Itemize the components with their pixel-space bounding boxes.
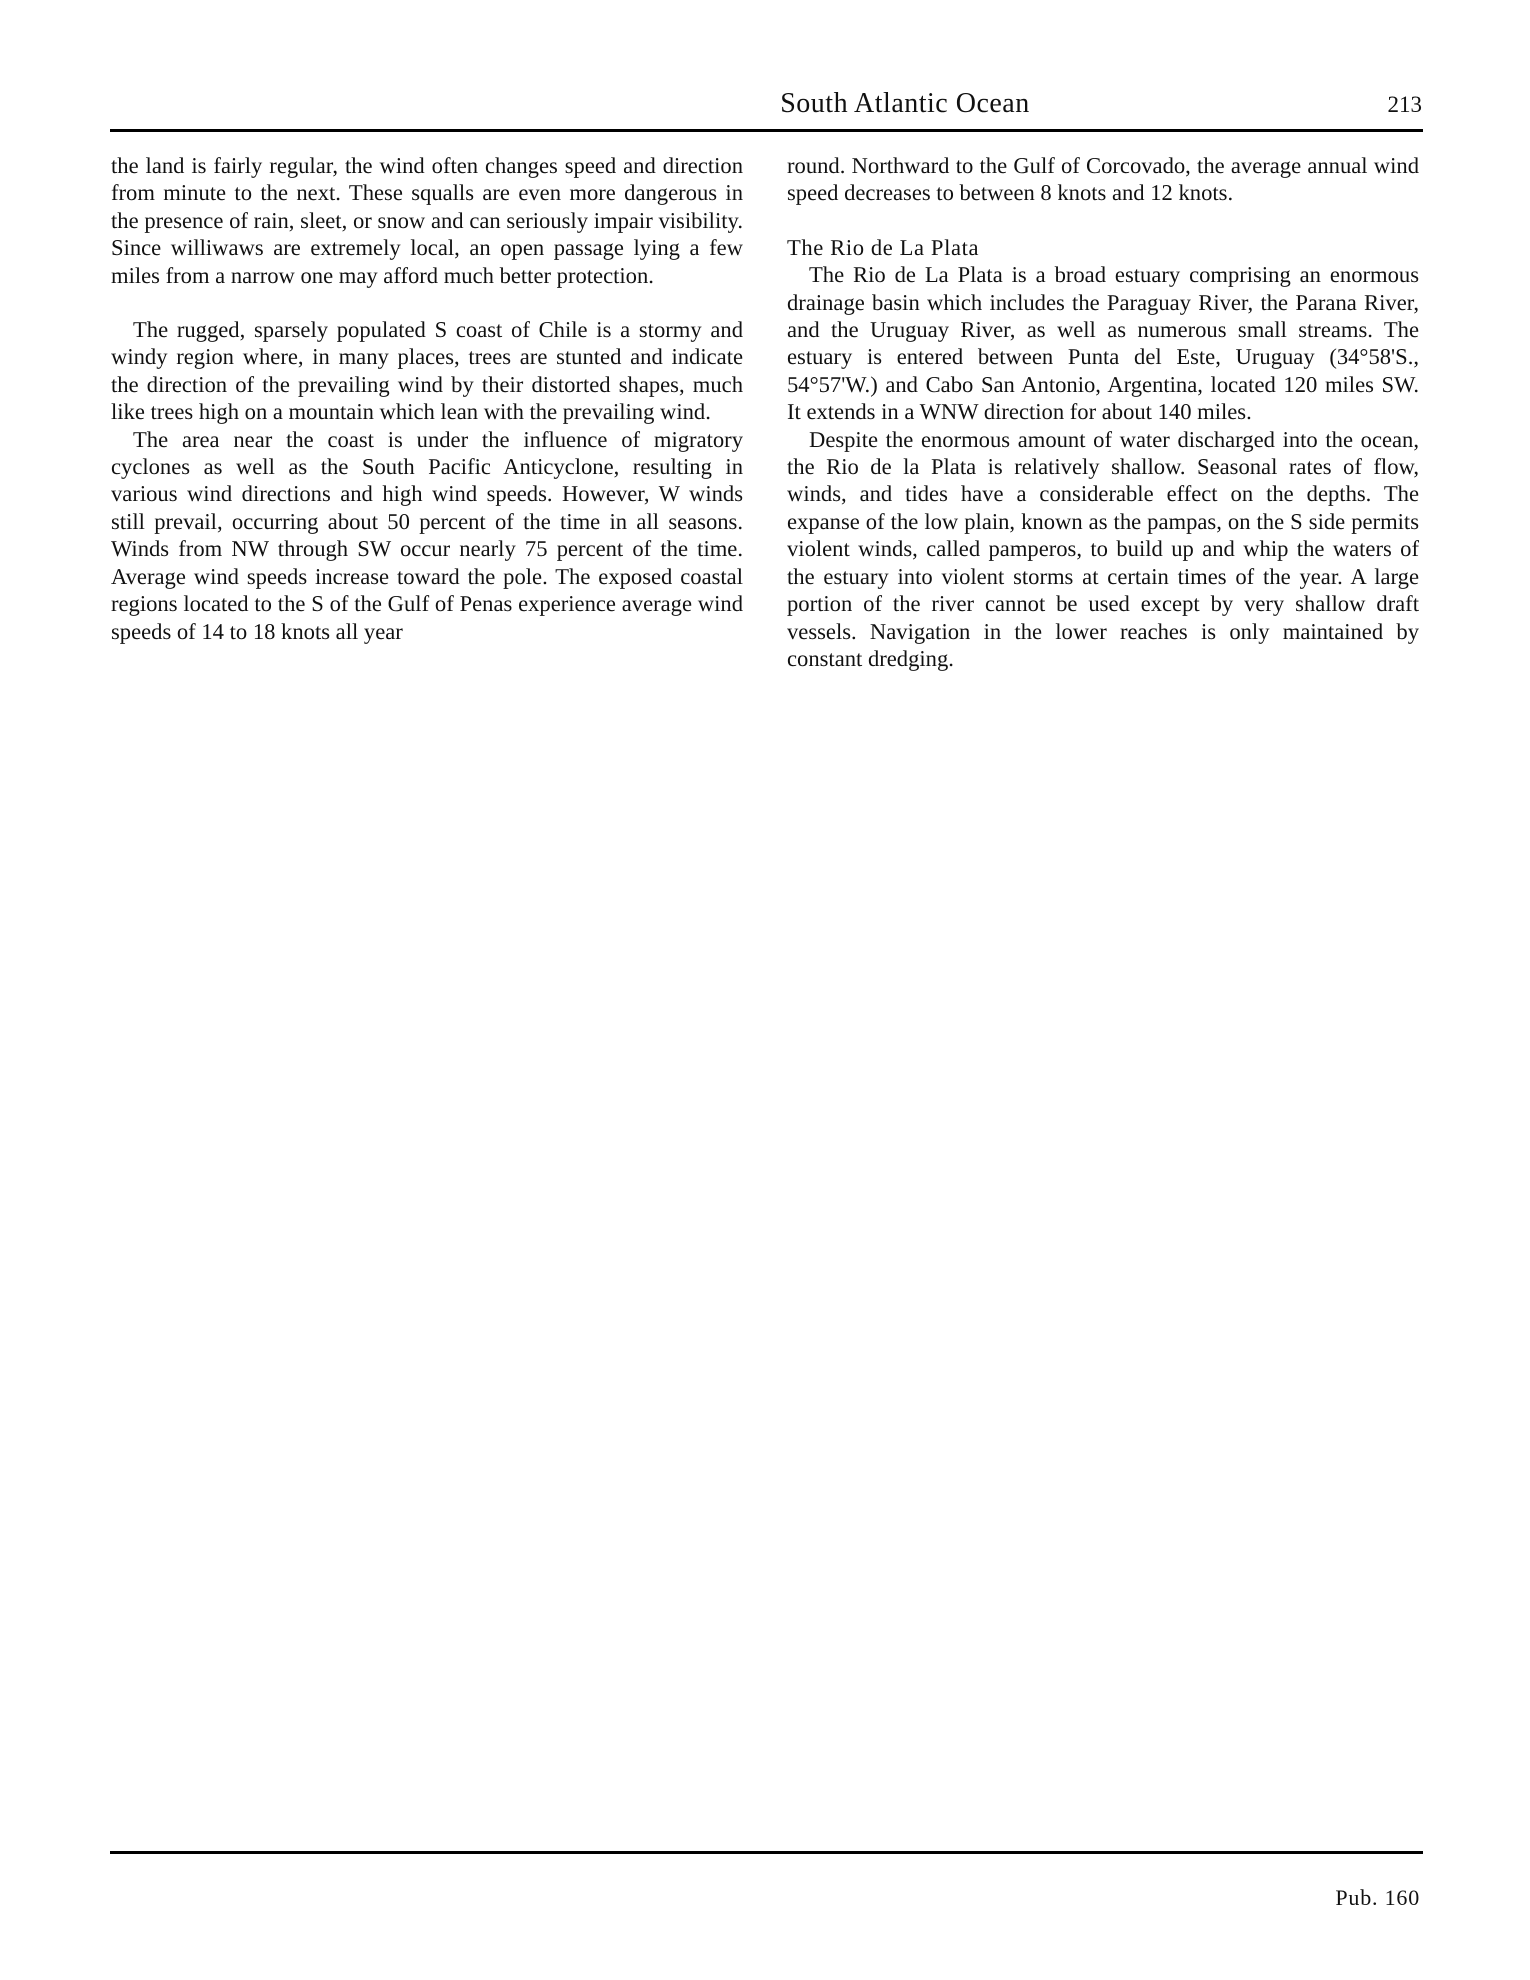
section-heading-rio-de-la-plata: The Rio de La Plata bbox=[787, 234, 1419, 261]
running-header-title: South Atlantic Ocean bbox=[0, 88, 1530, 120]
paragraph-migratory-cyclones: The area near the coast is under the inf… bbox=[111, 426, 743, 645]
paragraph-corcovado-continuation: round. Northward to the Gulf of Corcovad… bbox=[787, 152, 1419, 207]
paragraph-estuary-description: The Rio de La Plata is a broad estuary c… bbox=[787, 261, 1419, 425]
header-rule bbox=[110, 129, 1423, 132]
footer-rule bbox=[110, 1851, 1423, 1854]
paragraph-chile-coast: The rugged, sparsely populated S coast o… bbox=[111, 316, 743, 426]
publication-label: Pub. 160 bbox=[1335, 1885, 1420, 1911]
page-number: 213 bbox=[1388, 92, 1423, 118]
left-column: the land is fairly regular, the wind oft… bbox=[111, 152, 743, 645]
paragraph-williwaws-continuation: the land is fairly regular, the wind oft… bbox=[111, 152, 743, 289]
paragraph-shallow-depths: Despite the enormous amount of water dis… bbox=[787, 426, 1419, 673]
right-column: round. Northward to the Gulf of Corcovad… bbox=[787, 152, 1419, 672]
